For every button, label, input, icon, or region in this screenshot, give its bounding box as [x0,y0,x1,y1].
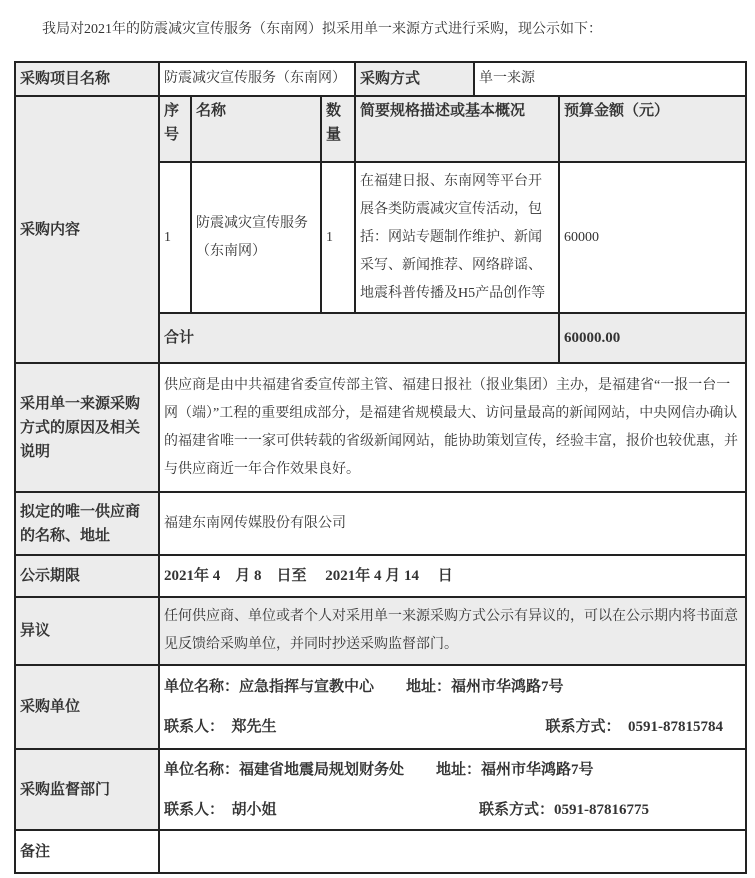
purchaser-info: 单位名称：应急指挥与宣教中心 地址：福州市华鸿路7号 联系人： 郑先生 联系方式… [159,665,746,749]
purchase-method-value: 单一来源 [474,62,746,96]
supplier-label: 拟定的唯一供应商的名称、地址 [15,492,159,555]
row-period: 公示期限 2021年 4 月 8 日至 2021年 4 月 14 日 [15,555,746,597]
supervisor-address: 地址：福州市华鸿路7号 [436,756,594,784]
project-name-value: 防震减灾宣传服务（东南网） [159,62,355,96]
row-item-headers: 采购内容 序号 名称 数量 简要规格描述或基本概况 预算金额（元） [15,96,746,162]
row-project: 采购项目名称 防震减灾宣传服务（东南网） 采购方式 单一来源 [15,62,746,96]
supervisor-org-line: 单位名称：福建省地震局规划财务处 地址：福州市华鸿路7号 [164,756,741,784]
item-desc: 在福建日报、东南网等平台开展各类防震减灾宣传活动，包括：网站专题制作维护、新闻采… [355,162,559,313]
supervisor-info: 单位名称：福建省地震局规划财务处 地址：福州市华鸿路7号 联系人： 胡小姐 联系… [159,749,746,830]
total-value: 60000.00 [559,313,746,363]
supervisor-contact-line: 联系人： 胡小姐 联系方式：0591-87816775 [164,796,741,824]
row-reason: 采用单一来源采购方式的原因及相关说明 供应商是由中共福建省委宣传部主管、福建日报… [15,363,746,492]
purchaser-phone: 联系方式： 0591-87815784 [546,713,724,741]
total-label: 合计 [159,313,559,363]
supervisor-contact: 联系人： 胡小姐 [164,796,277,824]
supplier-value: 福建东南网传媒股份有限公司 [159,492,746,555]
objection-value: 任何供应商、单位或者个人对采用单一来源采购方式公示有异议的，可以在公示期内将书面… [159,597,746,665]
reason-label: 采用单一来源采购方式的原因及相关说明 [15,363,159,492]
item-name: 防震减灾宣传服务（东南网） [191,162,321,313]
item-qty: 1 [321,162,355,313]
intro-paragraph: 我局对2021年的防震减灾宣传服务（东南网）拟采用单一来源方式进行采购，现公示如… [14,20,745,40]
row-supplier: 拟定的唯一供应商的名称、地址 福建东南网传媒股份有限公司 [15,492,746,555]
row-supervisor: 采购监督部门 单位名称：福建省地震局规划财务处 地址：福州市华鸿路7号 联系人：… [15,749,746,830]
project-name-label: 采购项目名称 [15,62,159,96]
purchase-content-label: 采购内容 [15,96,159,363]
supervisor-phone: 联系方式：0591-87816775 [479,796,649,824]
remark-value [159,830,746,873]
purchaser-address: 地址：福州市华鸿路7号 [406,673,564,701]
col-header-qty: 数量 [321,96,355,162]
remark-label: 备注 [15,830,159,873]
purchaser-org-line: 单位名称：应急指挥与宣教中心 地址：福州市华鸿路7号 [164,673,741,701]
reason-value: 供应商是由中共福建省委宣传部主管、福建日报社（报业集团）主办，是福建省“一报一台… [159,363,746,492]
col-header-seq: 序号 [159,96,191,162]
row-remark: 备注 [15,830,746,873]
purchaser-org: 单位名称：应急指挥与宣教中心 [164,673,374,701]
purchaser-contact-line: 联系人： 郑先生 联系方式： 0591-87815784 [164,713,741,741]
supervisor-label: 采购监督部门 [15,749,159,830]
purchaser-contact: 联系人： 郑先生 [164,713,277,741]
period-label: 公示期限 [15,555,159,597]
notice-page: 我局对2021年的防震减灾宣传服务（东南网）拟采用单一来源方式进行采购，现公示如… [0,0,755,874]
supervisor-org: 单位名称：福建省地震局规划财务处 [164,756,404,784]
purchase-method-label: 采购方式 [355,62,474,96]
period-value: 2021年 4 月 8 日至 2021年 4 月 14 日 [159,555,746,597]
row-purchaser: 采购单位 单位名称：应急指挥与宣教中心 地址：福州市华鸿路7号 联系人： 郑先生… [15,665,746,749]
col-header-budget: 预算金额（元） [559,96,746,162]
row-objection: 异议 任何供应商、单位或者个人对采用单一来源采购方式公示有异议的，可以在公示期内… [15,597,746,665]
objection-label: 异议 [15,597,159,665]
col-header-desc: 简要规格描述或基本概况 [355,96,559,162]
item-budget: 60000 [559,162,746,313]
item-seq: 1 [159,162,191,313]
purchaser-label: 采购单位 [15,665,159,749]
col-header-name: 名称 [191,96,321,162]
procurement-notice-table: 采购项目名称 防震减灾宣传服务（东南网） 采购方式 单一来源 采购内容 序号 名… [14,61,747,874]
